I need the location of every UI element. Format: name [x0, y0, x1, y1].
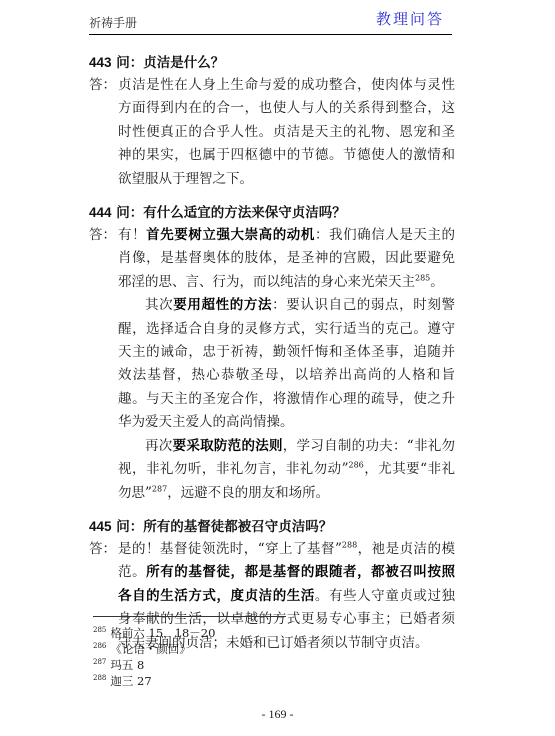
- answer-label: 答：: [89, 224, 116, 247]
- qa-item-443: 443 问：贞洁是什么？ 答： 贞洁是性在人身上生命与爱的成功整合，使肉体与灵性…: [89, 52, 455, 191]
- question-number: 444: [89, 205, 112, 220]
- qa-item-444: 444 问：有什么适宜的方法来保守贞洁吗？ 答： 有！首先要树立强大崇高的动机：…: [89, 202, 455, 505]
- question-label: 问：: [116, 55, 143, 71]
- answer-label: 答：: [89, 538, 116, 561]
- answer-paragraph: 再次要采取防范的法则，学习自制的功夫：“非礼勿视，非礼勿听，非礼勿言，非礼勿动”…: [118, 435, 455, 505]
- footnote-288: 288迦三 27: [93, 673, 215, 689]
- footnote-number: 287: [93, 658, 106, 666]
- footnote-text: 玛五 8: [110, 658, 144, 672]
- question-heading: 444 问：有什么适宜的方法来保守贞洁吗？: [89, 202, 455, 224]
- answer-paragraph: 其次要用超性的方法：要认识自己的弱点，时刻警醒，选择适合自身的灵修方式，实行适当…: [118, 294, 455, 434]
- footnote-text: 《论语・颜回》: [110, 642, 191, 656]
- footnote-287: 287玛五 8: [93, 657, 215, 673]
- footnote-ref[interactable]: 288: [342, 540, 357, 549]
- footnote-286: 286《论语・颜回》: [93, 641, 215, 657]
- answer-text: ：要认识自己的弱点，时刻警醒，选择适合自身的灵修方式，实行适当的克己。遵守天主的…: [118, 297, 455, 430]
- question-label: 问：: [116, 519, 143, 535]
- footnote-number: 285: [93, 626, 106, 634]
- answer-block: 答： 有！首先要树立强大崇高的动机：我们确信人是天主的肖像，是基督奥体的肢体，是…: [89, 224, 455, 505]
- answer-block: 答： 贞洁是性在人身上生命与爱的成功整合，使肉体与灵性方面得到内在的合一，也使人…: [89, 74, 455, 191]
- page-header: 祈祷手册 教理问答: [89, 8, 452, 35]
- question-heading: 443 问：贞洁是什么？: [89, 52, 455, 74]
- question-text: 有什么适宜的方法来保守贞洁吗？: [143, 205, 346, 221]
- footnote-285: 285格前六 15，18－20: [93, 625, 215, 641]
- footnote-number: 288: [93, 674, 106, 682]
- emphasis-text: 要用超性的方法: [173, 297, 272, 313]
- question-number: 443: [89, 55, 112, 70]
- question-number: 445: [89, 519, 112, 534]
- footnote-ref[interactable]: 285: [415, 273, 430, 282]
- page-content: 443 问：贞洁是什么？ 答： 贞洁是性在人身上生命与爱的成功整合，使肉体与灵性…: [89, 52, 455, 666]
- answer-text: ，远避不良的朋友和场所。: [167, 485, 329, 501]
- question-label: 问：: [116, 205, 143, 221]
- answer-paragraph: 有！首先要树立强大崇高的动机：我们确信人是天主的肖像，是基督奥体的肢体，是圣神的…: [118, 224, 455, 294]
- answer-text: 是的！基督徒领洗时，“穿上了基督”: [118, 541, 342, 557]
- footnote-divider: [93, 616, 286, 617]
- emphasis-text: 要采取防范的法则: [173, 438, 283, 454]
- answer-text: 再次: [145, 438, 173, 454]
- footnote-ref[interactable]: 286: [349, 461, 364, 470]
- question-text: 贞洁是什么？: [143, 55, 224, 71]
- footnote-text: 迦三 27: [110, 674, 151, 688]
- footnote-ref[interactable]: 287: [152, 484, 167, 493]
- page-number: - 169 -: [0, 707, 555, 722]
- emphasis-text: 首先要树立强大崇高的动机: [146, 227, 315, 243]
- section-title: 教理问答: [376, 8, 444, 29]
- answer-text: 有！: [118, 227, 146, 243]
- book-title: 祈祷手册: [89, 14, 137, 31]
- answer-paragraph: 贞洁是性在人身上生命与爱的成功整合，使肉体与灵性方面得到内在的合一，也使人与人的…: [118, 74, 455, 191]
- question-heading: 445 问：所有的基督徒都被召守贞洁吗？: [89, 516, 455, 538]
- answer-text: 贞洁是性在人身上生命与爱的成功整合，使肉体与灵性方面得到内在的合一，也使人与人的…: [118, 77, 455, 187]
- answer-text: 其次: [145, 297, 173, 313]
- footnote-text: 格前六 15，18－20: [110, 626, 215, 640]
- answer-label: 答：: [89, 74, 116, 97]
- footnote-number: 286: [93, 642, 106, 650]
- footnotes: 285格前六 15，18－20 286《论语・颜回》 287玛五 8 288迦三…: [93, 625, 215, 689]
- question-text: 所有的基督徒都被召守贞洁吗？: [143, 519, 332, 535]
- answer-text: 。: [430, 274, 444, 290]
